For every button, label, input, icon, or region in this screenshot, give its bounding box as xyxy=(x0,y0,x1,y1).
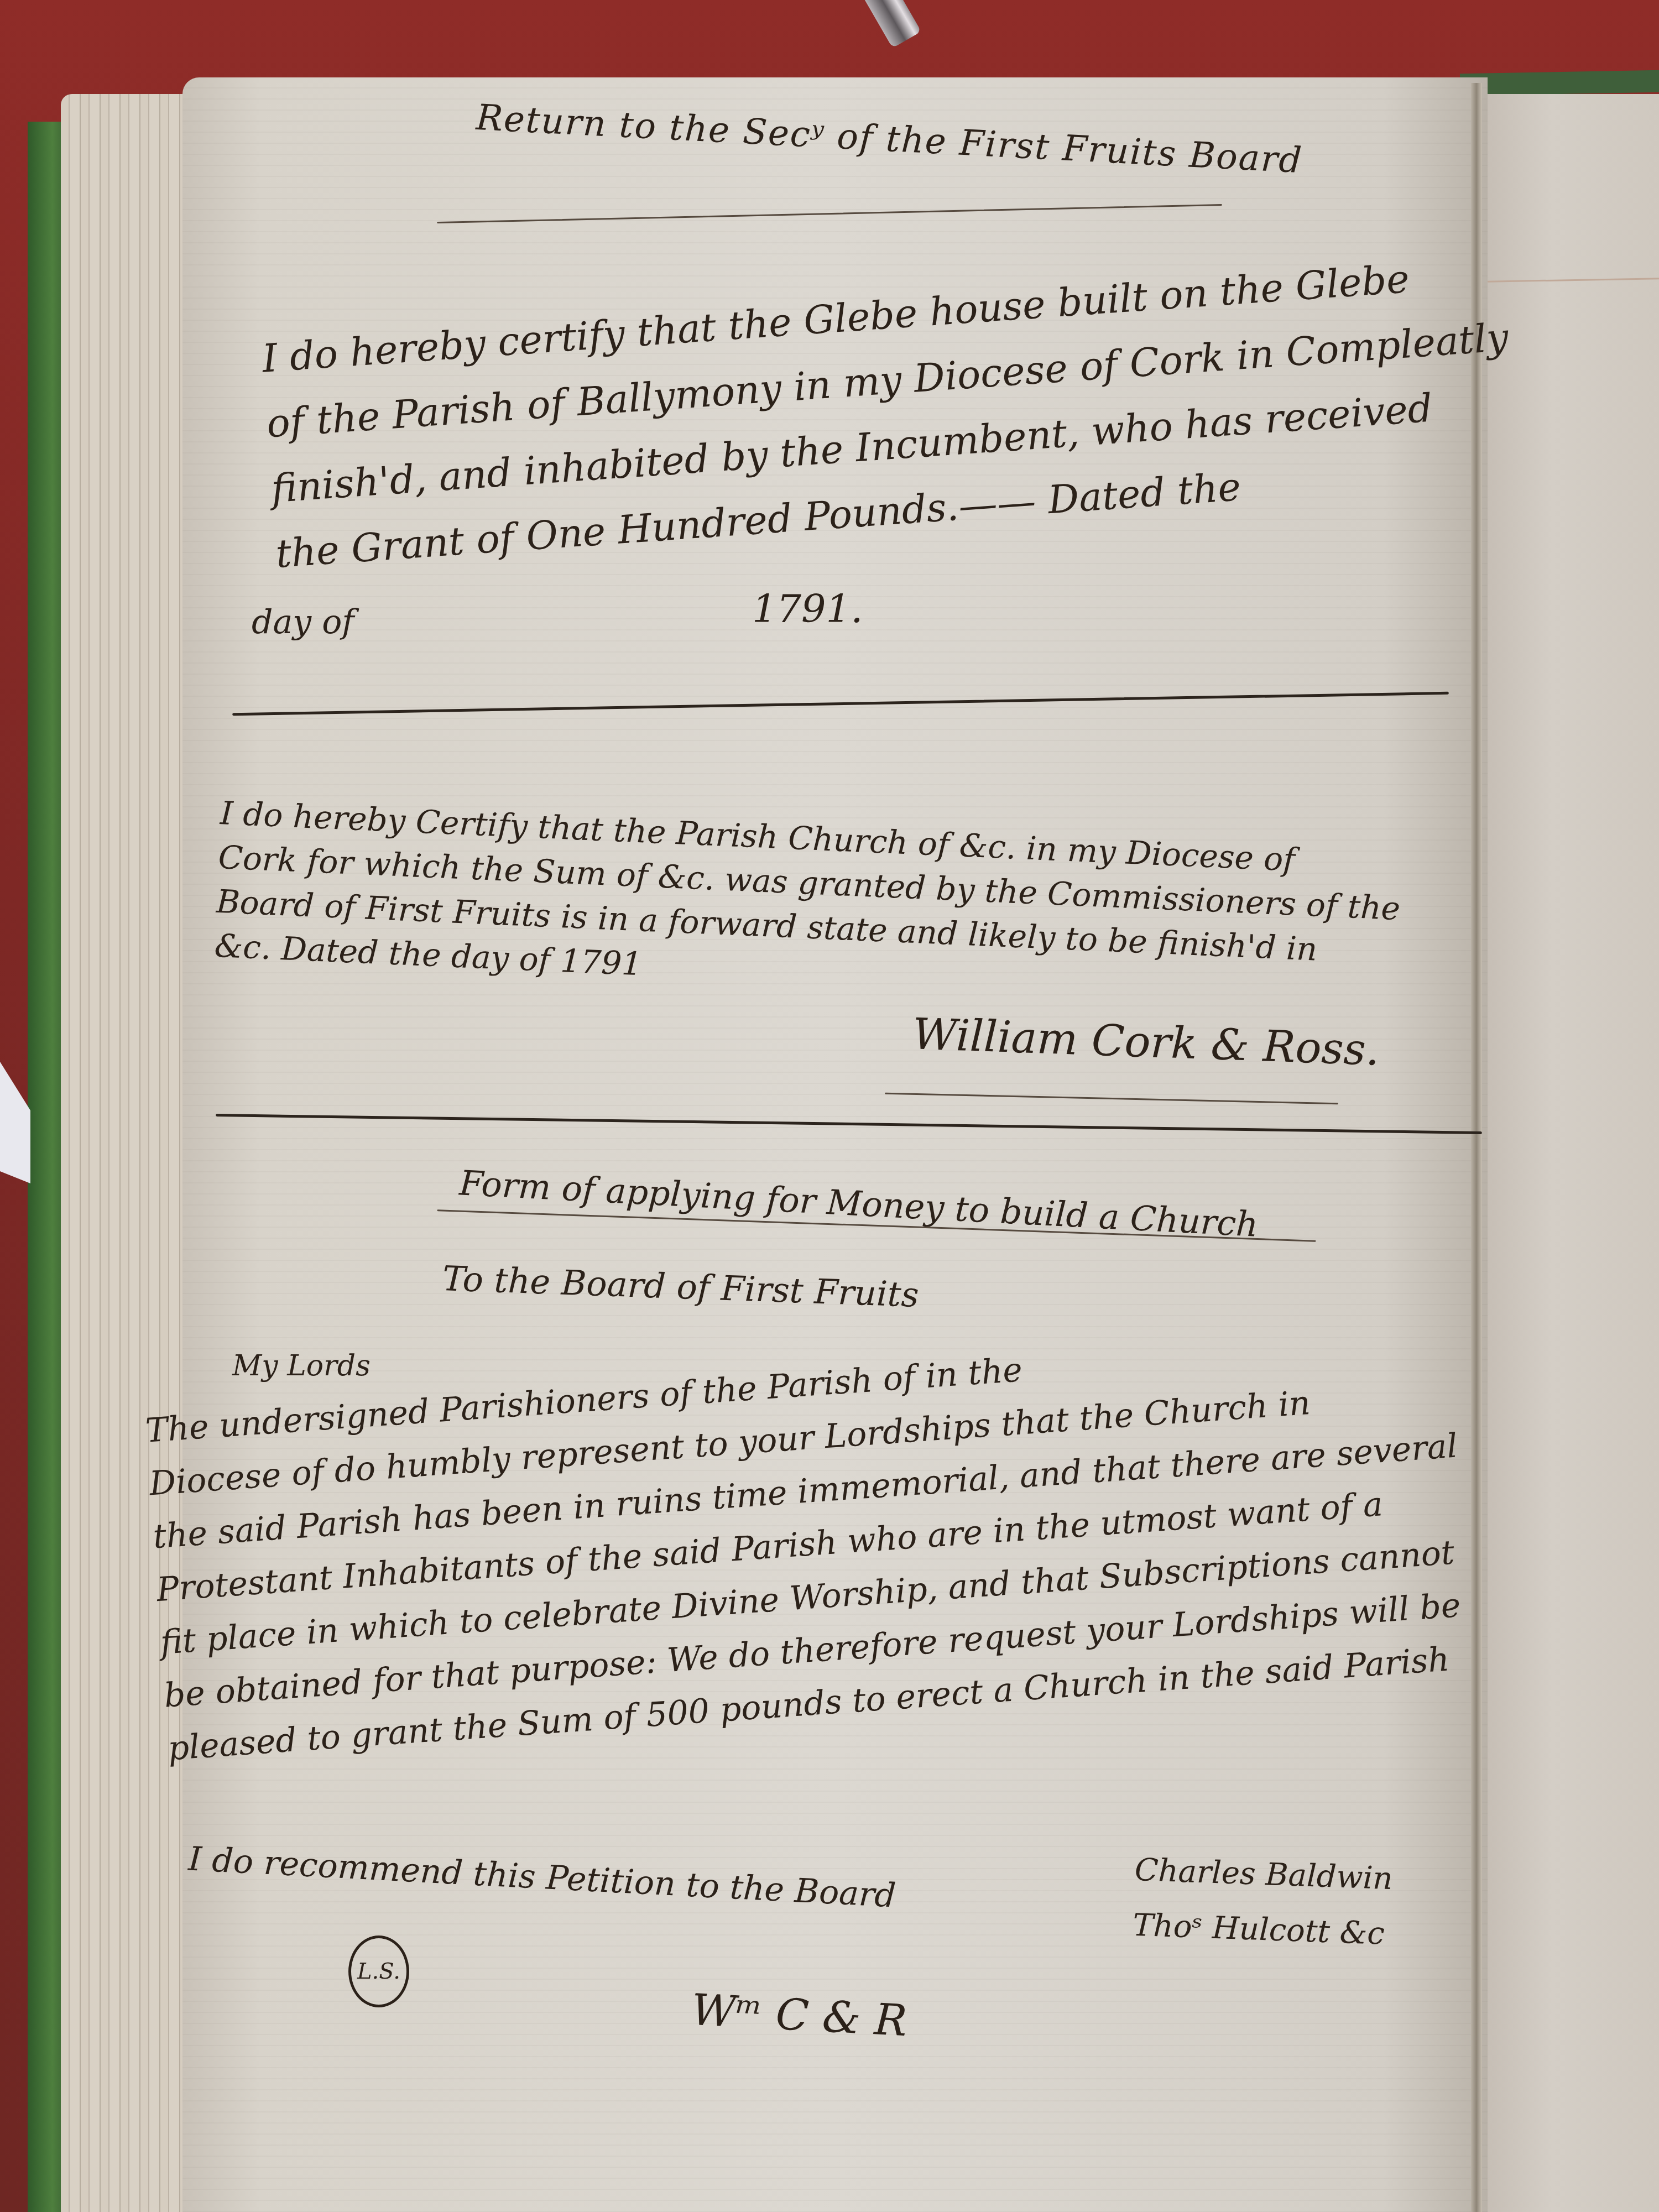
cert-glebe-date-year: 1791. xyxy=(752,586,863,632)
green-book-cover-right xyxy=(1460,70,1659,96)
petition-signatories: Charles Baldwin Thoˢ Hulcott &c xyxy=(1132,1843,1394,1962)
signatory: Charles Baldwin xyxy=(1134,1843,1394,1907)
signatory: Thoˢ Hulcott &c xyxy=(1132,1898,1392,1962)
petition-salutation: My Lords xyxy=(232,1349,371,1383)
ls-seal-icon: L.S. xyxy=(348,1936,409,2007)
page-edges-stack xyxy=(61,94,199,2212)
seal-label: L.S. xyxy=(357,1959,400,1984)
cert-glebe-date-prefix: day of xyxy=(252,603,354,641)
